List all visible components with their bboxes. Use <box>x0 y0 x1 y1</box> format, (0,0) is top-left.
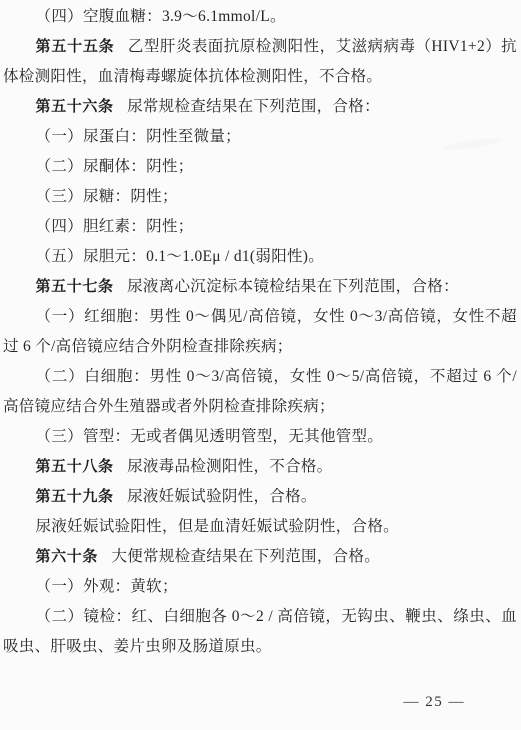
paragraph: 第五十八条尿液毒品检测阳性，不合格。 <box>3 452 517 482</box>
paragraph: 第五十九条尿液妊娠试验阴性，合格。 <box>3 482 517 512</box>
paragraph: 第五十七条尿液离心沉淀标本镜检结果在下列范围，合格： <box>3 272 517 302</box>
document-body: （四）空腹血糖：3.9～6.1mmol/L。 第五十五条乙型肝炎表面抗原检测阳性… <box>3 2 517 662</box>
paragraph: （二）尿酮体：阴性； <box>3 152 517 182</box>
document-page: （四）空腹血糖：3.9～6.1mmol/L。 第五十五条乙型肝炎表面抗原检测阳性… <box>0 0 521 730</box>
paragraph: （四）空腹血糖：3.9～6.1mmol/L。 <box>3 2 517 32</box>
paragraph: 第六十条大便常规检查结果在下列范围，合格。 <box>3 542 517 572</box>
article-number: 第五十八条 <box>36 458 114 475</box>
paragraph-text: 尿液离心沉淀标本镜检结果在下列范围，合格： <box>127 278 459 295</box>
paragraph-text: （二）尿酮体：阴性； <box>36 158 194 175</box>
paragraph-text: （四）空腹血糖：3.9～6.1mmol/L。 <box>36 8 286 25</box>
paragraph-text: （三）尿糖：阴性； <box>36 188 178 205</box>
page-number: — 25 — <box>404 694 466 711</box>
paragraph-text: 尿常规检查结果在下列范围，合格： <box>127 98 380 115</box>
paragraph: （一）尿蛋白：阴性至微量； <box>3 122 517 152</box>
paragraph-text: （一）外观：黄软； <box>36 578 178 595</box>
paragraph: （一）外观：黄软； <box>3 572 517 602</box>
paragraph-text: 尿液毒品检测阳性，不合格。 <box>127 458 332 475</box>
paragraph: （二）白细胞：男性 0～3/高倍镜，女性 0～5/高倍镜，不超过 6 个/高倍镜… <box>3 362 517 422</box>
article-number: 第五十五条 <box>36 38 115 55</box>
paragraph: （五）尿胆元：0.1～1.0Eμ / d1(弱阳性)。 <box>3 242 517 272</box>
paragraph-text: （一）红细胞：男性 0～偶见/高倍镜，女性 0～3/高倍镜，女性不超过 6 个/… <box>3 308 517 355</box>
paragraph: （一）红细胞：男性 0～偶见/高倍镜，女性 0～3/高倍镜，女性不超过 6 个/… <box>3 302 517 362</box>
article-number: 第五十九条 <box>36 488 114 505</box>
paragraph: （四）胆红素：阴性； <box>3 212 517 242</box>
paragraph: （三）尿糖：阴性； <box>3 182 517 212</box>
paragraph: 第五十六条尿常规检查结果在下列范围，合格： <box>3 92 517 122</box>
paragraph: （二）镜检：红、白细胞各 0～2 / 高倍镜，无钩虫、鞭虫、绦虫、血吸虫、肝吸虫… <box>3 602 517 662</box>
paragraph-text: 尿液妊娠试验阴性，合格。 <box>127 488 317 505</box>
paragraph-text: 尿液妊娠试验阳性，但是血清妊娠试验阴性，合格。 <box>36 518 399 535</box>
paragraph-text: （三）管型：无或者偶见透明管型，无其他管型。 <box>36 428 384 445</box>
article-number: 第六十条 <box>36 548 98 565</box>
paragraph-text: （二）白细胞：男性 0～3/高倍镜，女性 0～5/高倍镜，不超过 6 个/高倍镜… <box>3 368 517 415</box>
paragraph: 尿液妊娠试验阳性，但是血清妊娠试验阴性，合格。 <box>3 512 517 542</box>
article-number: 第五十六条 <box>36 98 114 115</box>
paragraph-text: （一）尿蛋白：阴性至微量； <box>36 128 241 145</box>
paragraph-text: （二）镜检：红、白细胞各 0～2 / 高倍镜，无钩虫、鞭虫、绦虫、血吸虫、肝吸虫… <box>3 608 517 655</box>
paragraph-text: （五）尿胆元：0.1～1.0Eμ / d1(弱阳性)。 <box>36 248 325 265</box>
article-number: 第五十七条 <box>36 278 114 295</box>
paragraph: （三）管型：无或者偶见透明管型，无其他管型。 <box>3 422 517 452</box>
paragraph-text: 大便常规检查结果在下列范围，合格。 <box>111 548 380 565</box>
paragraph: 第五十五条乙型肝炎表面抗原检测阳性，艾滋病病毒（HIV1+2）抗体检测阳性，血清… <box>3 32 517 92</box>
paragraph-text: （四）胆红素：阴性； <box>36 218 194 235</box>
